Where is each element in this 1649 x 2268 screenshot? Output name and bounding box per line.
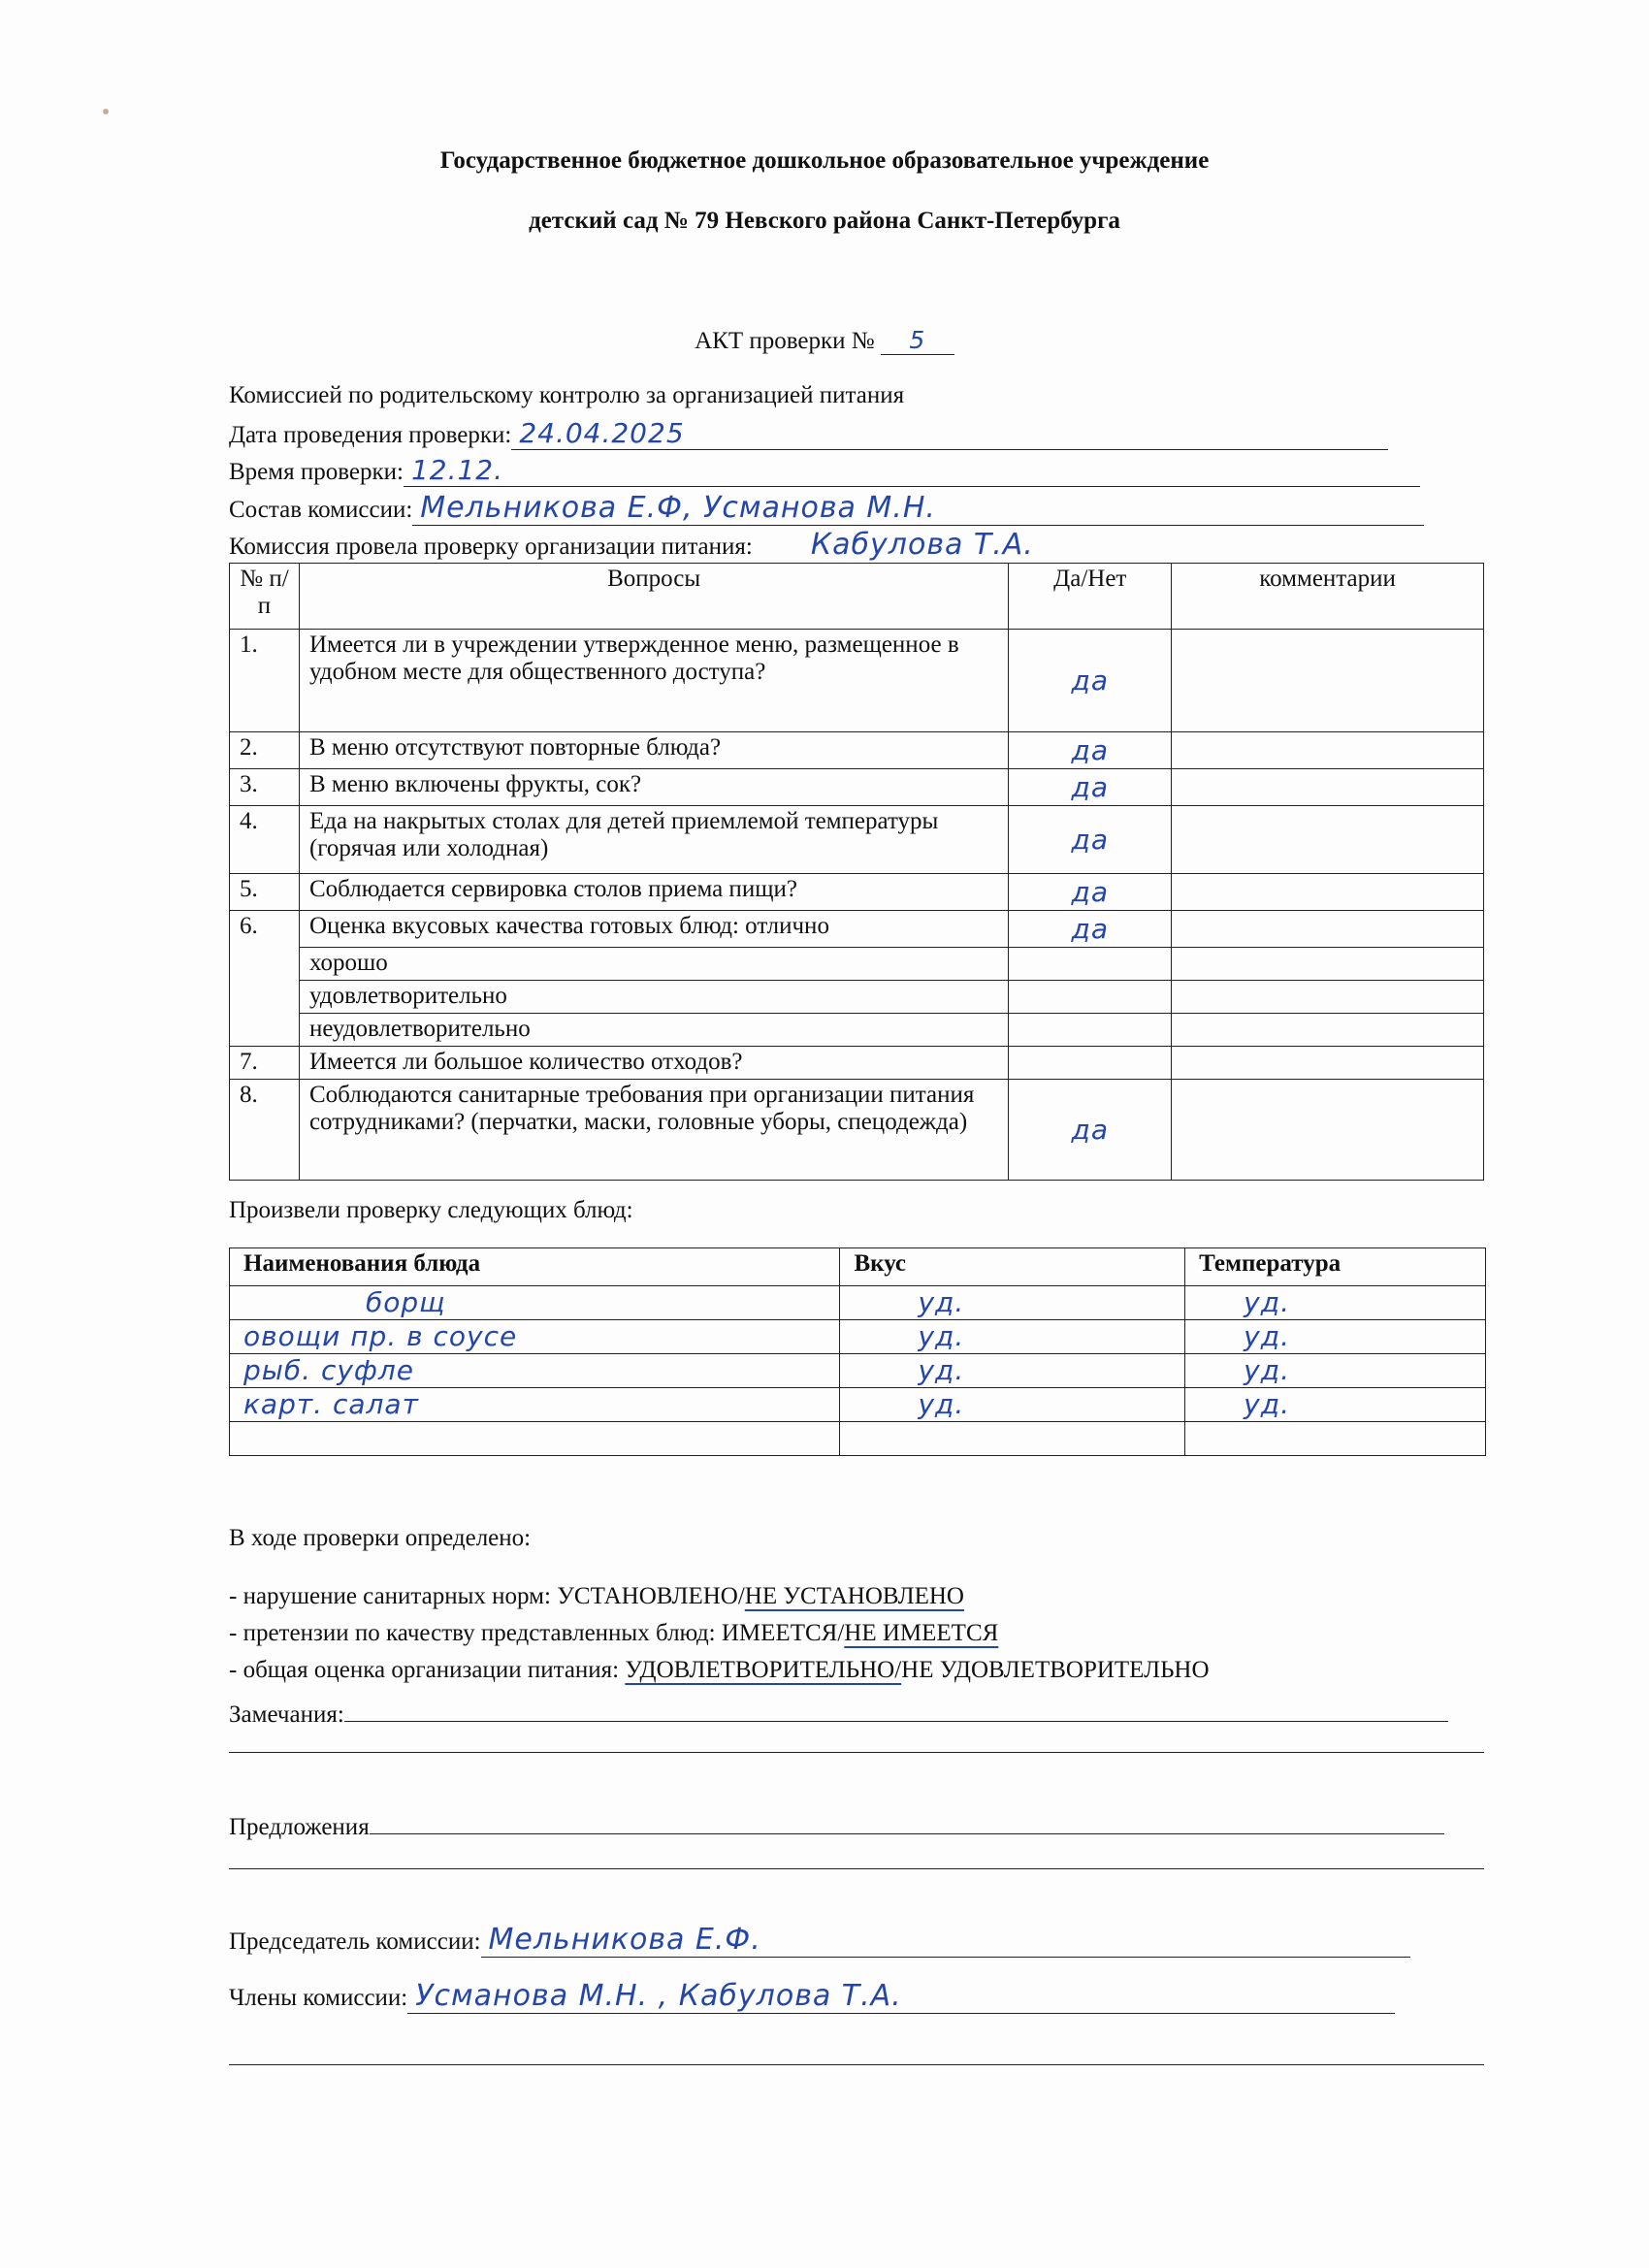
dish-name[interactable]: борщ xyxy=(230,1286,840,1320)
row-num: 6. xyxy=(230,911,300,1047)
questions-header-row: № п/п Вопросы Да/Нет комментарии xyxy=(230,564,1484,630)
proposals-row: Предложения xyxy=(229,1806,1444,1841)
finding-label: - общая оценка организации питания: xyxy=(229,1657,625,1683)
row-question: Имеется ли в учреждении утвержденное мен… xyxy=(299,630,1008,732)
row-answer[interactable]: да xyxy=(1009,769,1172,806)
remarks-line-2[interactable] xyxy=(229,1752,1484,1753)
dish-temperature[interactable]: уд. xyxy=(1185,1388,1486,1422)
row-answer[interactable]: да xyxy=(1009,911,1172,948)
dish-row: борщ уд. уд. xyxy=(230,1286,1486,1320)
dishes-intro: Произвели проверку следующих блюд: xyxy=(229,1197,633,1224)
dishes-header-row: Наименования блюда Вкус Температура xyxy=(230,1248,1486,1286)
row-comment[interactable] xyxy=(1172,948,1484,981)
date-row: Дата проведения проверки:24.04.2025 xyxy=(229,417,1388,450)
row-question: Еда на накрытых столах для детей приемле… xyxy=(299,806,1008,874)
row-num: 4. xyxy=(230,806,300,874)
dish-row xyxy=(230,1422,1486,1456)
dish-taste[interactable]: уд. xyxy=(840,1286,1185,1320)
members-row: Состав комиссии:Мельникова Е.Ф, Усманова… xyxy=(229,491,1424,526)
finding-sanitary: - нарушение санитарных норм: УСТАНОВЛЕНО… xyxy=(229,1583,964,1610)
header-taste: Вкус xyxy=(840,1248,1185,1286)
row-comment[interactable] xyxy=(1172,769,1484,806)
row-answer[interactable]: да xyxy=(1009,874,1172,911)
header-questions: Вопросы xyxy=(299,564,1008,630)
row-num: 2. xyxy=(230,732,300,769)
findings-title: В ходе проверки определено: xyxy=(229,1525,531,1552)
row-comment[interactable] xyxy=(1172,981,1484,1014)
dish-temperature[interactable] xyxy=(1185,1422,1486,1456)
members-signature-row: Члены комиссии:Усманова М.Н. , Кабулова … xyxy=(229,1979,1395,2014)
remarks-field[interactable] xyxy=(344,1694,1448,1722)
finding-option-b-selected[interactable]: НЕ ИМЕЕТСЯ xyxy=(844,1620,998,1646)
row-question: неудовлетворительно xyxy=(299,1014,1008,1047)
date-label: Дата проведения проверки: xyxy=(229,422,511,448)
header-yes-no: Да/Нет xyxy=(1009,564,1172,630)
row-num: 3. xyxy=(230,769,300,806)
dish-name[interactable]: рыб. суфле xyxy=(230,1354,840,1388)
proposals-line-2[interactable] xyxy=(229,1868,1484,1869)
members-signature-field[interactable]: Усманова М.Н. , Кабулова Т.А. xyxy=(407,1979,1395,2014)
row-comment[interactable] xyxy=(1172,806,1484,874)
row-answer[interactable] xyxy=(1009,948,1172,981)
question-row: 6. Оценка вкусовых качества готовых блюд… xyxy=(230,911,1484,948)
row-answer[interactable]: да xyxy=(1009,806,1172,874)
dish-row: рыб. суфле уд. уд. xyxy=(230,1354,1486,1388)
row-question: В меню отсутствуют повторные блюда? xyxy=(299,732,1008,769)
dish-name[interactable] xyxy=(230,1422,840,1456)
dish-taste[interactable]: уд. xyxy=(840,1320,1185,1354)
question-row: 2. В меню отсутствуют повторные блюда? д… xyxy=(230,732,1484,769)
commission-line: Комиссией по родительскому контролю за о… xyxy=(229,382,904,409)
dish-name[interactable]: овощи пр. в соусе xyxy=(230,1320,840,1354)
chair-row: Председатель комиссии:Мельникова Е.Ф. xyxy=(229,1923,1410,1958)
institution-line-1: Государственное бюджетное дошкольное обр… xyxy=(0,147,1649,175)
row-num: 7. xyxy=(230,1047,300,1080)
finding-claims: - претензии по качеству представленных б… xyxy=(229,1620,998,1647)
members-field[interactable]: Мельникова Е.Ф, Усманова М.Н. xyxy=(412,491,1424,526)
row-question: Имеется ли большое количество отходов? xyxy=(299,1047,1008,1080)
act-title: АКТ проверки № 5 xyxy=(0,326,1649,355)
dish-taste[interactable] xyxy=(840,1422,1185,1456)
remarks-row: Замечания: xyxy=(229,1694,1448,1729)
row-comment[interactable] xyxy=(1172,1047,1484,1080)
row-comment[interactable] xyxy=(1172,630,1484,732)
finding-option-a[interactable]: УСТАНОВЛЕНО/ xyxy=(557,1583,745,1609)
dish-row: карт. салат уд. уд. xyxy=(230,1388,1486,1422)
row-num: 5. xyxy=(230,874,300,911)
finding-option-b[interactable]: НЕ УДОВЛЕТВОРИТЕЛЬНО xyxy=(901,1657,1209,1683)
row-question: хорошо xyxy=(299,948,1008,981)
act-number-field[interactable]: 5 xyxy=(881,326,954,355)
row-comment[interactable] xyxy=(1172,911,1484,948)
question-row: 1. Имеется ли в учреждении утвержденное … xyxy=(230,630,1484,732)
act-title-prefix: АКТ проверки № xyxy=(695,328,875,354)
dish-temperature[interactable]: уд. xyxy=(1185,1354,1486,1388)
row-answer[interactable]: да xyxy=(1009,630,1172,732)
check-field[interactable]: Кабулова Т.А. xyxy=(811,528,1034,562)
institution-line-2: детский сад № 79 Невского района Санкт-П… xyxy=(0,208,1649,235)
row-question: В меню включены фрукты, сок? xyxy=(299,769,1008,806)
finding-label: - нарушение санитарных норм: xyxy=(229,1583,557,1609)
chair-label: Председатель комиссии: xyxy=(229,1928,481,1955)
questions-table: № п/п Вопросы Да/Нет комментарии 1. Имее… xyxy=(229,563,1484,1181)
finding-option-a-selected[interactable]: УДОВЛЕТВОРИТЕЛЬНО/ xyxy=(625,1657,901,1683)
question-row: 7. Имеется ли большое количество отходов… xyxy=(230,1047,1484,1080)
header-comments: комментарии xyxy=(1172,564,1484,630)
question-row: 5. Соблюдается сервировка столов приема … xyxy=(230,874,1484,911)
row-answer[interactable] xyxy=(1009,981,1172,1014)
row-comment[interactable] xyxy=(1172,1014,1484,1047)
time-label: Время проверки: xyxy=(229,459,404,485)
remarks-label: Замечания: xyxy=(229,1701,344,1728)
paper-speck xyxy=(103,109,109,114)
check-label: Комиссия провела проверку организации пи… xyxy=(229,534,753,560)
dish-temperature[interactable]: уд. xyxy=(1185,1320,1486,1354)
dishes-table: Наименования блюда Вкус Температура борщ… xyxy=(229,1247,1486,1456)
members-label: Состав комиссии: xyxy=(229,497,412,523)
row-question: Соблюдаются санитарные требования при ор… xyxy=(299,1080,1008,1181)
question-subrow: хорошо xyxy=(230,948,1484,981)
dish-temperature[interactable]: уд. xyxy=(1185,1286,1486,1320)
dish-name[interactable]: карт. салат xyxy=(230,1388,840,1422)
row-comment[interactable] xyxy=(1172,874,1484,911)
dish-taste[interactable]: уд. xyxy=(840,1354,1185,1388)
question-row: 4. Еда на накрытых столах для детей прие… xyxy=(230,806,1484,874)
finding-label: - претензии по качеству представленных б… xyxy=(229,1620,722,1646)
dish-row: овощи пр. в соусе уд. уд. xyxy=(230,1320,1486,1354)
finding-overall: - общая оценка организации питания: УДОВ… xyxy=(229,1657,1210,1684)
proposals-field[interactable] xyxy=(370,1806,1444,1834)
row-comment[interactable] xyxy=(1172,732,1484,769)
chair-signature-field[interactable]: Мельникова Е.Ф. xyxy=(481,1923,1410,1958)
dish-taste[interactable]: уд. xyxy=(840,1388,1185,1422)
row-question: Соблюдается сервировка столов приема пищ… xyxy=(299,874,1008,911)
row-comment[interactable] xyxy=(1172,1080,1484,1181)
row-answer[interactable] xyxy=(1009,1014,1172,1047)
check-row: Комиссия провела проверку организации пи… xyxy=(229,528,1034,562)
row-num: 8. xyxy=(230,1080,300,1181)
finding-option-a[interactable]: ИМЕЕТСЯ/ xyxy=(722,1620,844,1646)
row-answer[interactable]: да xyxy=(1009,1080,1172,1181)
header-num: № п/п xyxy=(230,564,300,630)
proposals-label: Предложения xyxy=(229,1814,370,1840)
members-signature-label: Члены комиссии: xyxy=(229,1985,407,2011)
header-dish-name: Наименования блюда xyxy=(230,1248,840,1286)
time-field[interactable]: 12.12. xyxy=(404,454,1420,487)
header-temperature: Температура xyxy=(1185,1248,1486,1286)
row-answer[interactable]: да xyxy=(1009,732,1172,769)
question-row: 8. Соблюдаются санитарные требования при… xyxy=(230,1080,1484,1181)
members-line-2[interactable] xyxy=(229,2064,1484,2065)
date-field[interactable]: 24.04.2025 xyxy=(511,417,1388,450)
time-row: Время проверки:12.12. xyxy=(229,454,1420,487)
question-row: 3. В меню включены фрукты, сок? да xyxy=(230,769,1484,806)
row-question: удовлетворительно xyxy=(299,981,1008,1014)
finding-option-b-selected[interactable]: НЕ УСТАНОВЛЕНО xyxy=(745,1583,964,1609)
row-question: Оценка вкусовых качества готовых блюд: о… xyxy=(299,911,1008,948)
question-subrow: неудовлетворительно xyxy=(230,1014,1484,1047)
question-subrow: удовлетворительно xyxy=(230,981,1484,1014)
row-num: 1. xyxy=(230,630,300,732)
row-answer[interactable] xyxy=(1009,1047,1172,1080)
